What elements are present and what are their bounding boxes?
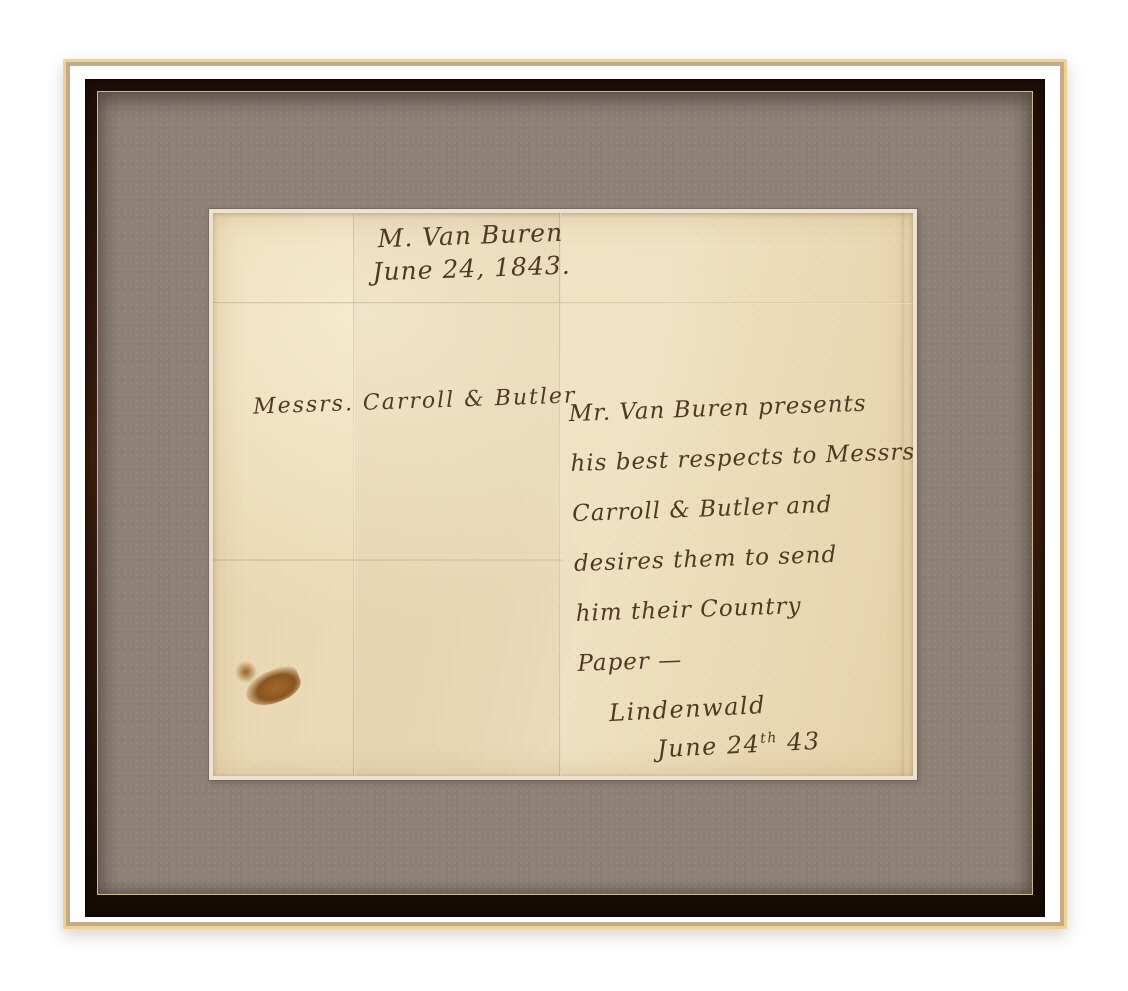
docket-inscription: M. Van Buren June 24, 1843. [345, 215, 597, 290]
fold-line-horizontal-middle [213, 559, 563, 561]
address-line: Messrs. Carroll & Butler [253, 383, 577, 419]
fold-line-horizontal-top [213, 302, 913, 304]
fold-shading-column [355, 213, 559, 776]
closing-date-suffix: th [760, 730, 778, 747]
closing-date: June 24th 43 [656, 727, 821, 764]
letter-paper: M. Van Buren June 24, 1843. Messrs. Carr… [213, 213, 913, 776]
closing-place: Lindenwald [608, 691, 766, 727]
letter-body-line: Paper — [577, 627, 913, 689]
closing-date-day: June 24 [656, 730, 761, 763]
frame-inner-lip: M. Van Buren June 24, 1843. Messrs. Carr… [85, 79, 1045, 917]
picture-frame-gold: M. Van Buren June 24, 1843. Messrs. Carr… [63, 59, 1067, 929]
mat-opening-bevel: M. Van Buren June 24, 1843. Messrs. Carr… [209, 209, 917, 780]
closing-date-year: 43 [777, 727, 821, 757]
mat-board: M. Van Buren June 24, 1843. Messrs. Carr… [97, 91, 1033, 895]
fold-line-vertical-left [353, 213, 355, 776]
letter-body: Mr. Van Buren presents his best respects… [568, 377, 913, 689]
photo-background: M. Van Buren June 24, 1843. Messrs. Carr… [0, 0, 1128, 991]
fold-line-vertical-center [559, 213, 561, 776]
